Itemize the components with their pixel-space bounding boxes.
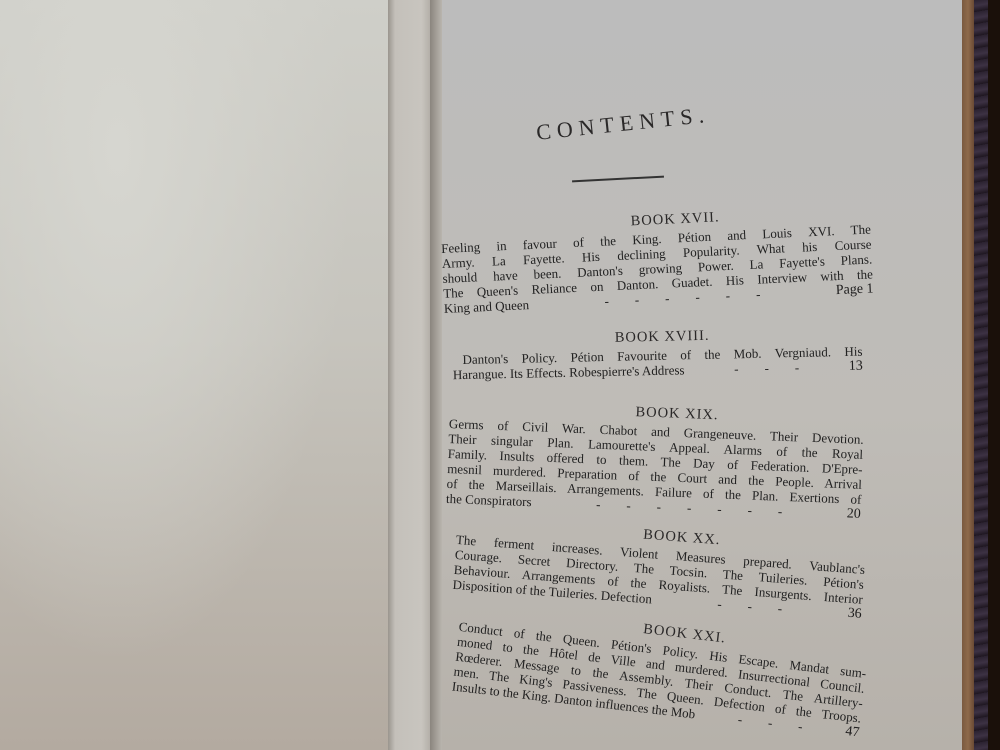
book-xviii-entry: BOOK XVIII. Danton's Policy. Pétion Favo… — [462, 325, 863, 382]
page-number: 36 — [847, 606, 862, 622]
title-rule — [572, 176, 664, 182]
entry-text: the Conspirators — [446, 491, 532, 509]
page-number: 47 — [845, 724, 861, 741]
left-page-curl — [388, 0, 436, 750]
marbled-cover — [974, 0, 1000, 750]
book-xxi-entry: BOOK XXI. Conduct of the Queen. Pétion's… — [451, 600, 869, 741]
book-xvii-entry: BOOK XVII. Feeling in favour of the King… — [440, 202, 874, 315]
page-number: 13 — [849, 359, 863, 374]
page-number: 20 — [847, 506, 862, 522]
page-title: CONTENTS. — [535, 102, 711, 146]
contents-page: CONTENTS. BOOK XVII. Feeling in favour o… — [440, 0, 880, 750]
left-blank-page — [0, 0, 392, 750]
page-number: Page 1 — [835, 281, 873, 298]
dot-leader: - - - — [734, 360, 799, 376]
page-block-edge — [962, 0, 974, 750]
entry-text: King and Queen — [444, 297, 530, 316]
book-xix-entry: BOOK XIX. Germs of Civil War. Chabot and… — [446, 397, 865, 522]
